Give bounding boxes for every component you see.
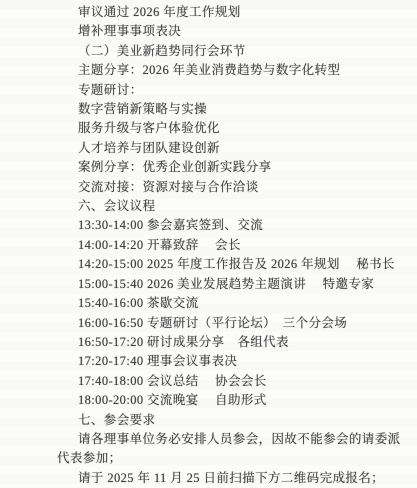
doc-line-schedule-7: 16:50-17:20 研讨成果分享 各组代表: [57, 333, 377, 352]
doc-line-seminar-topic-1: 数字营销新策略与实操: [57, 100, 377, 119]
doc-line-attendance-req-wrap: 代表参加；: [57, 449, 377, 468]
doc-line-schedule-2: 14:00-14:20 开幕致辞 会长: [57, 236, 377, 255]
doc-line-schedule-9: 17:40-18:00 会议总结 协会会长: [57, 372, 377, 391]
doc-line-keynote-sharing: 主题分享：2026 年美业消费趋势与数字化转型: [57, 61, 377, 80]
doc-line-schedule-1: 13:30-14:00 参会嘉宾签到、交流: [57, 216, 377, 235]
doc-line-registration-note: 请于 2025 年 11 月 25 日前扫描下方二维码完成报名；: [57, 469, 377, 488]
doc-line-director-vote: 增补理事事项表决: [57, 22, 377, 41]
doc-line-schedule-4: 15:00-15:40 2026 美业发展趋势主题演讲 特邀专家: [57, 275, 377, 294]
doc-line-networking: 交流对接：资源对接与合作洽谈: [57, 178, 377, 197]
doc-line-section-2-heading: （二）美业新趋势同行会环节: [57, 42, 377, 61]
doc-line-seminar-topic-3: 人才培养与团队建设创新: [57, 139, 377, 158]
doc-line-approve-plan: 审议通过 2026 年度工作规划: [57, 3, 377, 22]
doc-line-attendance-req-1: 请各理事单位务必安排人员参会，因故不能参会的请委派: [57, 430, 377, 449]
doc-line-schedule-5: 15:40-16:00 茶歇交流: [57, 294, 377, 313]
document-page: 审议通过 2026 年度工作规划 增补理事事项表决 （二）美业新趋势同行会环节 …: [0, 0, 417, 488]
doc-line-schedule-10: 18:00-20:00 交流晚宴 自助形式: [57, 391, 377, 410]
doc-line-case-sharing: 案例分享：优秀企业创新实践分享: [57, 158, 377, 177]
doc-line-section-7-heading: 七、参会要求: [57, 411, 377, 430]
doc-line-seminar-topic-2: 服务升级与客户体验优化: [57, 119, 377, 138]
doc-line-section-6-heading: 六、会议议程: [57, 197, 377, 216]
doc-line-schedule-8: 17:20-17:40 理事会议事表决: [57, 352, 377, 371]
doc-line-schedule-3: 14:20-15:00 2025 年度工作报告及 2026 年规划 秘书长: [57, 255, 377, 274]
doc-line-schedule-6: 16:00-16:50 专题研讨（平行论坛） 三个分会场: [57, 314, 377, 333]
doc-line-seminar-heading: 专题研讨：: [57, 81, 377, 100]
